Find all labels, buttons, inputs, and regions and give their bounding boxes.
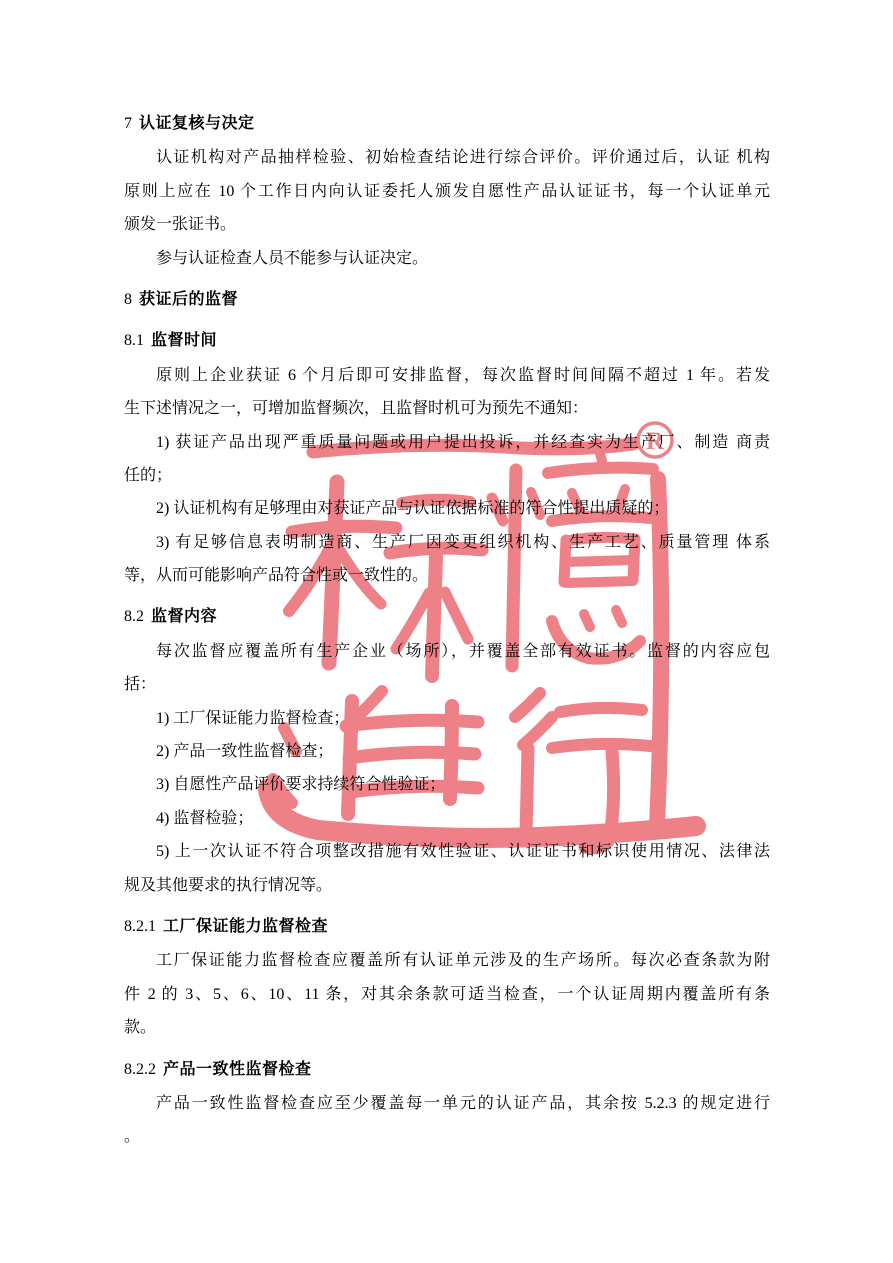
text-line: 2) 认证机构有足够理由对获证产品与认证依据标准的符合性提出质疑的； [124, 492, 770, 525]
document-page: 7认证复核与决定认证机构对产品抽样检验、初始检查结论进行综合评价。评价通过后，认… [0, 0, 893, 1263]
heading-number: 8.1 [124, 332, 144, 349]
text-line: 颁发一张证书。 [124, 208, 770, 241]
section-heading: 8.2监督内容 [124, 600, 770, 633]
heading-text: 产品一致性监督检查 [163, 1061, 312, 1078]
section-heading: 8.1监督时间 [124, 324, 770, 357]
text-line: 件 2 的 3、5、6、10、11 条，对其余条款可适当检查，一个认证周期内覆盖… [124, 978, 770, 1011]
text-line: 工厂保证能力监督检查应覆盖所有认证单元涉及的生产场所。每次必查条款为附 [124, 944, 770, 977]
text-line: 2) 产品一致性监督检查； [124, 735, 770, 768]
heading-text: 获证后的监督 [139, 291, 238, 308]
text-line: 原则上企业获证 6 个月后即可安排监督，每次监督时间间隔不超过 1 年。若发 [124, 359, 770, 392]
text-line: 3) 自愿性产品评价要求持续符合性验证； [124, 768, 770, 801]
text-line: 1) 工厂保证能力监督检查； [124, 702, 770, 735]
text-line: 括： [124, 668, 770, 701]
text-line: 认证机构对产品抽样检验、初始检查结论进行综合评价。评价通过后，认证 机构 [124, 141, 770, 174]
section-heading: 8.2.2产品一致性监督检查 [124, 1053, 770, 1086]
heading-text: 监督内容 [151, 608, 217, 625]
section-heading: 7认证复核与决定 [124, 107, 770, 140]
text-line: 规及其他要求的执行情况等。 [124, 869, 770, 902]
heading-text: 监督时间 [151, 332, 217, 349]
heading-number: 7 [124, 115, 132, 132]
text-line: 4) 监督检验； [124, 802, 770, 835]
text-line: 生下述情况之一，可增加监督频次，且监督时机可为预先不通知： [124, 392, 770, 425]
text-line: 任的； [124, 459, 770, 492]
heading-text: 工厂保证能力监督检查 [163, 918, 328, 935]
section-heading: 8.2.1工厂保证能力监督检查 [124, 910, 770, 943]
text-line: 产品一致性监督检查应至少覆盖每一单元的认证产品，其余按 5.2.3 的规定进行 [124, 1087, 770, 1120]
text-line: 3) 有足够信息表明制造商、生产厂因变更组织机构、生产工艺、质量管理 体系 [124, 526, 770, 559]
text-line: 5) 上一次认证不符合项整改措施有效性验证、认证证书和标识使用情况、法律法 [124, 835, 770, 868]
heading-text: 认证复核与决定 [139, 115, 255, 132]
text-line: 每次监督应覆盖所有生产企业（场所），并覆盖全部有效证书。监督的内容应包 [124, 635, 770, 668]
text-line: 1) 获证产品出现严重质量问题或用户提出投诉，并经查实为生产厂、制造 商责 [124, 426, 770, 459]
text-line: 等，从而可能影响产品符合性或一致性的。 [124, 559, 770, 592]
text-line: 参与认证检查人员不能参与认证决定。 [124, 242, 770, 275]
text-line: 。 [124, 1120, 770, 1153]
text-line: 原则上应在 10 个工作日内向认证委托人颁发自愿性产品认证证书，每一个认证单元 [124, 175, 770, 208]
section-heading: 8获证后的监督 [124, 283, 770, 316]
heading-number: 8.2.2 [124, 1061, 156, 1078]
heading-number: 8.2 [124, 608, 144, 625]
document-text: 7认证复核与决定认证机构对产品抽样检验、初始检查结论进行综合评价。评价通过后，认… [124, 99, 770, 1154]
heading-number: 8 [124, 291, 132, 308]
heading-number: 8.2.1 [124, 918, 156, 935]
text-line: 款。 [124, 1011, 770, 1044]
